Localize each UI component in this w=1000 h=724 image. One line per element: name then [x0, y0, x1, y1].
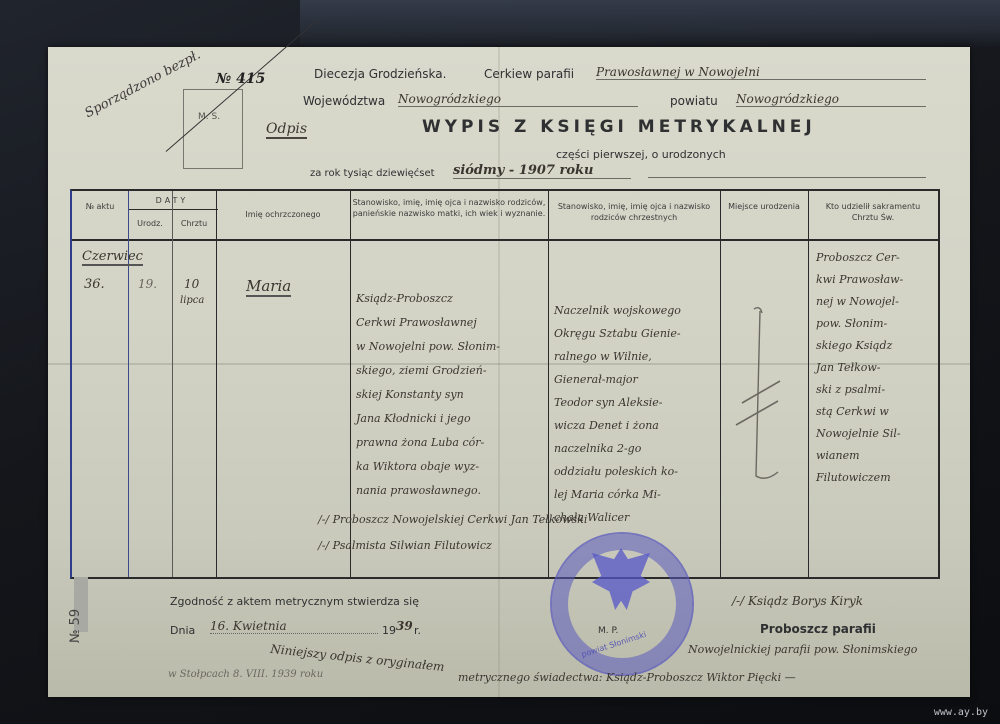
header-birth-date: Urodz. — [128, 218, 172, 229]
voivodeship-label: Województwa — [303, 94, 385, 108]
voivodeship-value: Nowogródzkiego — [398, 92, 638, 107]
date-value: 16. Kwietnia — [210, 619, 378, 634]
register-table: № aktu DATY Urodz. Chrztu Imię ochrzczon… — [70, 189, 940, 579]
year-line-extension — [648, 177, 926, 178]
year-value: siódmy - 1907 roku — [453, 163, 631, 179]
pastor-label: Proboszcz parafii — [760, 622, 876, 636]
county-value: Nowogródzkiego — [736, 92, 926, 107]
signature-line-1: /-/ Proboszcz Nowojelskiej Cerkwi Jan Te… — [318, 513, 587, 526]
parish-value: Prawosławnej w Nowojelni — [596, 65, 926, 80]
entry-baptism-day: 10 — [184, 277, 199, 291]
header-birthplace: Miejsce urodzenia — [724, 201, 804, 212]
entry-child-name: Maria — [246, 277, 291, 297]
watermark: www.ay.by — [934, 707, 988, 718]
margin-number: № 415 — [216, 71, 265, 87]
year-suffix: 39 — [396, 619, 413, 633]
entry-godparents: Naczelnik wojskowego Okręgu Sztabu Gieni… — [554, 299, 681, 529]
county-label: powiatu — [670, 94, 718, 108]
date-label: Dnia — [170, 624, 195, 637]
odpis-note: Odpis — [266, 121, 307, 139]
certificate-paper: M. S. Sporządzono bezpł. № 415 Odpis Die… — [48, 47, 970, 697]
header-officiant: Kto udzielił sakramentu Chrztu Św. — [814, 201, 932, 223]
header-baptism-date: Chrztu — [172, 218, 216, 229]
signature-line-2: /-/ Psalmista Silwian Filutowicz — [318, 539, 492, 552]
stamp-mp: M. P. — [598, 626, 618, 636]
entry-officiant: Proboszcz Cer- kwi Prawosław- nej w Nowo… — [816, 247, 903, 489]
parish-stamp: M. P. powiat Słonimski — [550, 532, 694, 676]
copy-note-date: w Stołpcach 8. VIII. 1939 roku — [168, 669, 323, 680]
header-baptized-name: Imię ochrzczonego — [218, 209, 348, 220]
document-title: WYPIS Z KSIĘGI METRYKALNEJ — [422, 117, 816, 137]
header-act-no: № aktu — [74, 201, 126, 212]
year-prefix: 19 — [382, 624, 396, 637]
entry-month: Czerwiec — [82, 249, 143, 266]
year-end: r. — [414, 624, 421, 637]
entry-parents: Ksiądz-Proboszcz Cerkwi Prawosławnej w N… — [356, 287, 500, 503]
entry-birth-day: 19. — [138, 277, 157, 291]
certificate-number: № 59 — [68, 609, 83, 643]
year-label: za rok tysiąc dziewięćset — [310, 168, 435, 179]
diocese-label: Diecezja Grodzieńska. — [314, 67, 446, 81]
desk-background — [300, 0, 1000, 48]
entry-baptism-month: lipca — [180, 295, 204, 306]
copy-note-2: metrycznego świadectwa: Ksiądz-Proboszcz… — [458, 671, 796, 684]
header-godparents: Stanowisko, imię, imię ojca i nazwisko r… — [550, 201, 718, 223]
header-parents: Stanowisko, imię, imię ojca i nazwisko r… — [352, 197, 546, 219]
parish-label: Cerkiew parafii — [484, 67, 574, 81]
pastor-signature: /-/ Ksiądz Borys Kiryk — [732, 594, 863, 608]
document-subtitle: części pierwszej, o urodzonych — [556, 148, 726, 161]
pastor-parish: Nowojelnickiej parafii pow. Słonimskiego — [688, 643, 917, 656]
certify-label: Zgodność z aktem metrycznym stwierdza si… — [170, 595, 419, 608]
ditto-mark-icon — [732, 301, 802, 491]
entry-act-number: 36. — [84, 277, 105, 292]
eagle-emblem-icon — [592, 548, 650, 610]
